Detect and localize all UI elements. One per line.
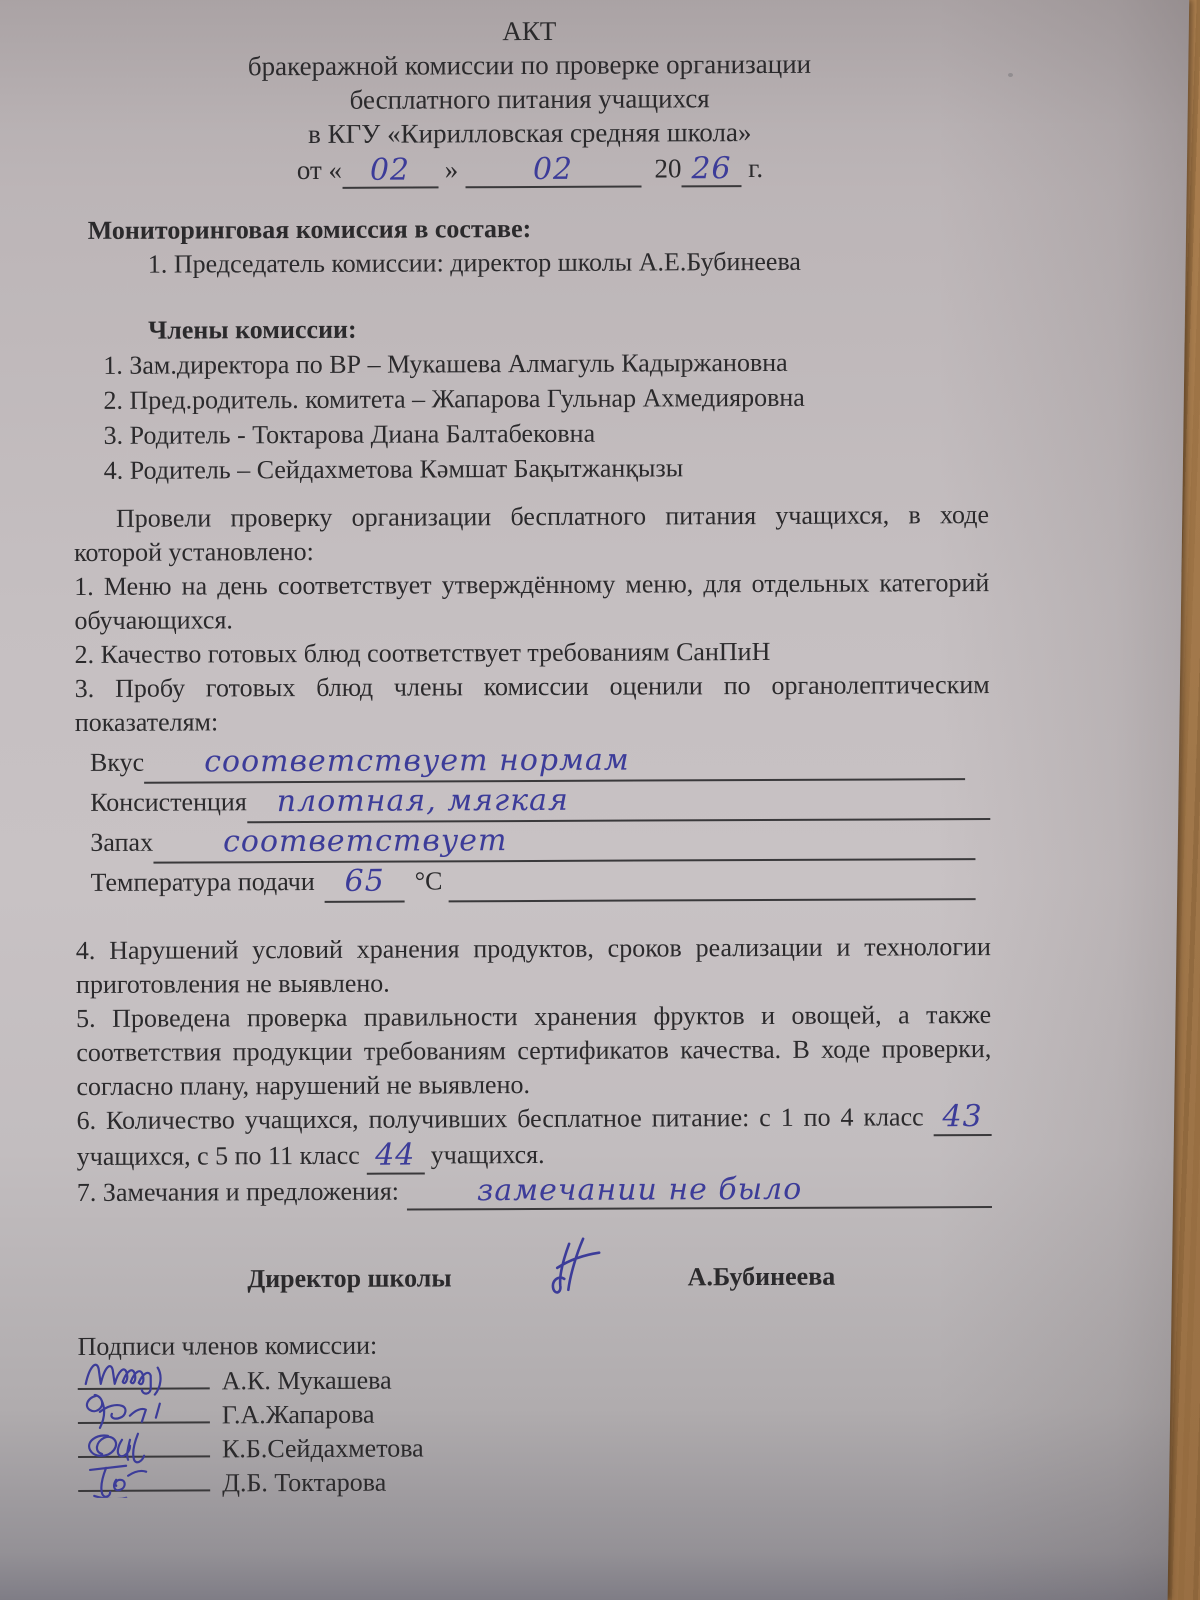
- signature-name: Д.Б. Токтарова: [222, 1466, 386, 1500]
- signatures-block: Подписи членов комиссии: А.К. Мукашева Г…: [78, 1326, 994, 1500]
- member-item: 2. Пред.родитель. комитета – Жапарова Гу…: [103, 379, 988, 418]
- item6-blank-2: 44: [366, 1138, 424, 1174]
- temperature-row: Температура подачи 65 °С: [90, 860, 990, 904]
- temperature-handwritten: 65: [345, 864, 385, 899]
- director-signature: [547, 1232, 605, 1298]
- signatures-title: Подписи членов комиссии:: [78, 1326, 993, 1364]
- date-month-handwritten: 02: [533, 152, 573, 187]
- date-close-quote: »: [445, 154, 459, 184]
- smell-blank: соответствует: [153, 820, 975, 864]
- consistency-row: Консистенция плотная, мягкая: [90, 780, 990, 824]
- date-day-blank: 02: [342, 152, 438, 188]
- commission-chairman: 1. Председатель комиссии: директор школы…: [148, 244, 988, 282]
- date-suffix: г.: [748, 153, 763, 183]
- director-signature-row: Директор школы А.Бубинеева: [77, 1256, 992, 1300]
- signature-name: К.Б.Сейдахметова: [222, 1431, 424, 1465]
- doc-subtitle-2: бесплатного питания учащихся: [72, 80, 987, 118]
- item6-text-3: учащихся.: [431, 1140, 545, 1169]
- finding-item-3: 3. Пробу готовых блюд члены комиссии оце…: [75, 668, 990, 740]
- consistency-label: Консистенция: [90, 783, 247, 822]
- finding-item-6: 6. Количество учащихся, получивших беспл…: [77, 1100, 992, 1176]
- member-signature-4: [78, 1465, 210, 1492]
- signature-row: К.Б.Сейдахметова: [78, 1428, 993, 1466]
- temperature-label: Температура подачи: [90, 863, 314, 902]
- temperature-unit: °С: [415, 862, 443, 900]
- taste-label: Вкус: [90, 744, 144, 782]
- item6-blank-1: 43: [934, 1100, 992, 1136]
- member-item: 4. Родитель – Сейдахметова Кәмшат Бақытж…: [104, 449, 989, 488]
- taste-handwritten: соответствует нормам: [204, 743, 630, 780]
- date-day-handwritten: 02: [370, 153, 410, 188]
- signature-row: А.К. Мукашева: [78, 1360, 993, 1398]
- signature-row: Г.А.Жапарова: [78, 1394, 993, 1432]
- member-signature-2: [78, 1397, 210, 1424]
- signature-name: Г.А.Жапарова: [222, 1398, 375, 1432]
- finding-item-4: 4. Нарушений условий хранения продуктов,…: [76, 930, 991, 1002]
- director-name: А.Бубинеева: [688, 1260, 836, 1295]
- date-month-blank: 02: [465, 152, 641, 189]
- document-header: АКТ бракеражной комиссии по проверке орг…: [72, 12, 988, 190]
- document-content: АКТ бракеражной комиссии по проверке орг…: [72, 12, 993, 1500]
- doc-subtitle-1: бракеражной комиссии по проверке организ…: [72, 46, 987, 84]
- member-item: 1. Зам.директора по ВР – Мукашева Алмагу…: [103, 344, 988, 383]
- temperature-empty-blank: [448, 860, 975, 902]
- finding-item-1: 1. Меню на день соответствует утверждённ…: [74, 566, 989, 638]
- organoleptic-block: Вкус соответствует нормам Консистенция п…: [90, 740, 991, 904]
- item6-text-2: учащихся, с 5 по 11 класс: [77, 1141, 360, 1171]
- temperature-blank: 65: [325, 863, 405, 903]
- item6-handwritten-1: 43: [942, 1099, 982, 1134]
- item7-handwritten: замечании не было: [477, 1172, 802, 1208]
- doc-school-name: в КГУ «Кирилловская средняя школа»: [72, 114, 987, 152]
- signature-row: Д.Б. Токтарова: [78, 1462, 993, 1500]
- date-line: от «02 » 02 2026 г.: [72, 150, 987, 190]
- finding-item-7: 7. Замечания и предложения: замечании не…: [77, 1172, 992, 1212]
- member-signature-3: [78, 1431, 210, 1458]
- item6-handwritten-2: 44: [375, 1138, 415, 1173]
- smell-label: Запах: [90, 824, 153, 862]
- consistency-handwritten: плотная, мягкая: [277, 783, 569, 819]
- date-year-blank: 26: [681, 151, 741, 187]
- members-title: Члены комиссии:: [148, 310, 988, 348]
- smell-handwritten: соответствует: [223, 823, 508, 859]
- member-signature-1: [78, 1363, 210, 1390]
- finding-item-5: 5. Проведена проверка правильности хране…: [76, 998, 991, 1104]
- members-list: 1. Зам.директора по ВР – Мукашева Алмагу…: [103, 344, 989, 488]
- commission-title: Мониторинговая комиссия в составе:: [88, 210, 988, 248]
- consistency-blank: плотная, мягкая: [247, 780, 991, 823]
- smell-row: Запах соответствует: [90, 820, 990, 864]
- document-photo: { "colors": { "ink": "#3c3c99", "paper":…: [0, 0, 1200, 1600]
- doc-title: АКТ: [72, 12, 987, 50]
- signature-name: А.К. Мукашева: [222, 1364, 392, 1398]
- date-year-handwritten: 26: [691, 151, 731, 186]
- findings-block: 4. Нарушений условий хранения продуктов,…: [76, 930, 992, 1212]
- item7-blank: замечании не было: [407, 1172, 992, 1211]
- finding-item-2: 2. Качество готовых блюд соответствует т…: [74, 634, 989, 672]
- paper-speck: [1008, 73, 1013, 77]
- member-item: 3. Родитель - Токтарова Диана Балтабеков…: [104, 414, 989, 453]
- taste-blank: соответствует нормам: [144, 740, 965, 784]
- director-label: Директор школы: [247, 1261, 452, 1296]
- date-prefix: от «: [297, 155, 342, 185]
- date-year-prefix: 20: [654, 153, 681, 183]
- taste-row: Вкус соответствует нормам: [90, 740, 990, 784]
- item7-label: 7. Замечания и предложения:: [77, 1175, 399, 1210]
- item6-text-1: 6. Количество учащихся, получивших беспл…: [77, 1102, 924, 1135]
- intro-paragraph: Провели проверку организации бесплатного…: [74, 498, 989, 570]
